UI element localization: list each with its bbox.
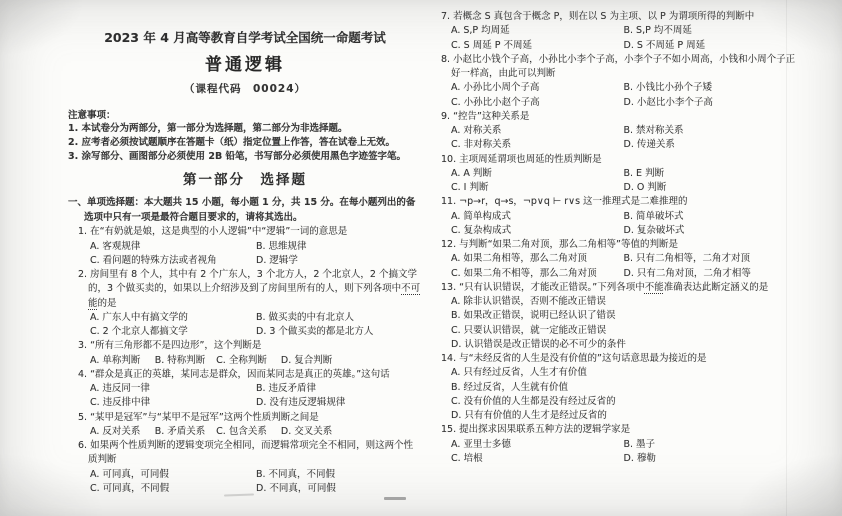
- question-13-option-c: C. 只要认识错误，就一定能改正错误: [451, 324, 796, 338]
- question-1-options: A. 客观规律B. 思维规律C. 看问题的特殊方法或者视角D. 逻辑学: [90, 240, 422, 269]
- question-14-option-d: D. 只有有价值的人生才是经过反省的: [451, 409, 796, 423]
- question-14-stem: 14. 与“未经反省的人生是没有价值的”这句话意思最为接近的是: [434, 352, 796, 366]
- part-one-heading: 第一部分 选择题: [68, 172, 422, 189]
- question-11-option-a: A. 简单构成式: [451, 210, 624, 224]
- question-4-option-a: A. 违反同一律: [90, 382, 256, 396]
- question-3-option-b: B. 特称判断: [155, 354, 216, 368]
- notice-heading: 注意事项：: [68, 109, 422, 122]
- question-1-option-b: B. 思维规律: [256, 240, 422, 254]
- question-5: 5. “某甲是冠军”与“某甲不是冠军”这两个性质判断之间是A. 反对关系B. 矛…: [68, 411, 422, 440]
- question-12-option-b: B. 只有二角相等，二角才对顶: [624, 252, 797, 266]
- question-1-option-a: A. 客观规律: [90, 240, 256, 254]
- question-11-option-c: C. 复杂构成式: [451, 224, 624, 238]
- scan-fold-line: [786, 0, 787, 516]
- column-right-questions: 7. 若概念 S 真包含于概念 P，则在以 S 为主项、以 P 为谓项所得的判断…: [434, 10, 796, 466]
- question-12-stem: 12. 与判断“如果二角对顶，那么二角相等”等值的判断是: [434, 238, 796, 252]
- column-left: 2023 年 4 月高等教育自学考试全国统一命题考试 普通逻辑 （课程代码 00…: [68, 18, 422, 496]
- question-13-option-d: D. 认识错误是改正错误的必不可少的条件: [451, 338, 796, 352]
- notice-item-2: 2. 应考者必须按试题顺序在答题卡（纸）指定位置上作答，答在试卷上无效。: [68, 136, 422, 150]
- question-4-option-d: D. 没有违反逻辑规律: [256, 396, 422, 410]
- question-10-option-d: D. O 判断: [624, 181, 797, 195]
- question-9-option-c: C. 非对称关系: [451, 138, 624, 152]
- question-9: 9. “控告”这种关系是A. 对称关系B. 禁对称关系C. 非对称关系D. 传递…: [434, 110, 796, 153]
- emphasized-text: 不能: [645, 282, 664, 293]
- question-12-option-d: D. 只有二角对顶，二角才相等: [624, 267, 797, 281]
- question-14-options: A. 只有经过反省，人生才有价值B. 经过反省，人生就有价值C. 没有价值的人生…: [451, 366, 796, 423]
- question-8-option-a: A. 小孙比小周个子高: [451, 81, 624, 95]
- question-8: 8. 小赵比小钱个子高，小孙比小李个子高，小李个子不如小周高，小钱和小周个子正好…: [434, 53, 796, 110]
- question-9-stem: 9. “控告”这种关系是: [434, 110, 796, 124]
- question-2-option-d: D. 3 个做买卖的都是北方人: [256, 325, 422, 339]
- question-6-stem: 6. 如果两个性质判断的逻辑变项完全相同，而逻辑常项完全不相同，则这两个性质判断: [68, 439, 422, 468]
- question-4-option-b: B. 违反矛盾律: [256, 382, 422, 396]
- question-12-option-a: A. 如果二角相等，那么二角对顶: [451, 252, 624, 266]
- question-4-options: A. 违反同一律B. 违反矛盾律C. 违反排中律D. 没有违反逻辑规律: [90, 382, 422, 411]
- question-1-option-c: C. 看问题的特殊方法或者视角: [90, 254, 256, 268]
- question-9-options: A. 对称关系B. 禁对称关系C. 非对称关系D. 传递关系: [451, 124, 796, 153]
- exam-subject: 普通逻辑: [68, 54, 422, 76]
- question-6-option-d: D. 不同真，可同假: [256, 482, 422, 496]
- question-7-stem: 7. 若概念 S 真包含于概念 P，则在以 S 为主项、以 P 为谓项所得的判断…: [434, 10, 796, 24]
- question-15-option-c: C. 培根: [451, 452, 624, 466]
- question-2-option-c: C. 2 个北京人都搞文学: [90, 325, 256, 339]
- question-3-option-c: C. 全称判断: [216, 354, 281, 368]
- question-11: 11. ¬p→r，q→s，¬p∨q ⊢ r∨s 这一推理式是二难推理的A. 简单…: [434, 195, 796, 238]
- notice-item-3: 3. 涂写部分、画图部分必须使用 2B 铅笔，书写部分必须使用黑色字迹签字笔。: [68, 150, 422, 164]
- question-6-option-b: B. 不同真，不同假: [256, 468, 422, 482]
- question-7-option-d: D. S 不周延 P 周延: [624, 39, 797, 53]
- column-right: 7. 若概念 S 真包含于概念 P，则在以 S 为主项、以 P 为谓项所得的判断…: [434, 10, 796, 466]
- question-13: 13. “只有认识错误，才能改正错误。”下列各项中不能准确表达此断定涵义的是A.…: [434, 281, 796, 352]
- question-1-stem: 1. 在“有奶就是娘，这是典型的小人逻辑”中“逻辑”一词的意思是: [68, 225, 422, 239]
- question-6: 6. 如果两个性质判断的逻辑变项完全相同，而逻辑常项完全不相同，则这两个性质判断…: [68, 439, 422, 496]
- question-8-option-d: D. 小赵比小李个子高: [624, 96, 797, 110]
- question-7-options: A. S,P 均周延B. S,P 均不周延C. S 周延 P 不周延D. S 不…: [451, 24, 796, 53]
- question-15-options: A. 亚里士多德B. 墨子C. 培根D. 穆勒: [451, 438, 796, 467]
- question-1: 1. 在“有奶就是娘，这是典型的小人逻辑”中“逻辑”一词的意思是A. 客观规律B…: [68, 225, 422, 268]
- column-left-questions: 1. 在“有奶就是娘，这是典型的小人逻辑”中“逻辑”一词的意思是A. 客观规律B…: [68, 225, 422, 496]
- question-3: 3. “所有三角形都不是四边形”，这个判断是A. 单称判断B. 特称判断C. 全…: [68, 339, 422, 368]
- section-intro: 一、单项选择题：本大题共 15 小题，每小题 1 分，共 15 分。在每小题列出…: [68, 196, 422, 225]
- question-4-option-c: C. 违反排中律: [90, 396, 256, 410]
- question-10-stem: 10. 主项周延谓项也周延的性质判断是: [434, 153, 796, 167]
- question-6-option-a: A. 可同真，可同假: [90, 468, 256, 482]
- question-3-stem: 3. “所有三角形都不是四边形”，这个判断是: [68, 339, 422, 353]
- question-4-stem: 4. “群众是真正的英雄，某同志是群众，因而某同志是真正的英雄。”这句话: [68, 368, 422, 382]
- question-7-option-a: A. S,P 均周延: [451, 24, 624, 38]
- question-5-option-c: C. 包含关系: [216, 425, 281, 439]
- question-9-option-d: D. 传递关系: [624, 138, 797, 152]
- question-14-option-c: C. 没有价值的人生都是没有经过反省的: [451, 395, 796, 409]
- question-8-option-b: B. 小钱比小孙个子矮: [624, 81, 797, 95]
- exam-paper: 2023 年 4 月高等教育自学考试全国统一命题考试 普通逻辑 （课程代码 00…: [0, 0, 842, 516]
- question-2: 2. 房间里有 8 个人，其中有 2 个广东人，3 个北方人，2 个北京人，2 …: [68, 268, 422, 339]
- question-4: 4. “群众是真正的英雄，某同志是群众，因而某同志是真正的英雄。”这句话A. 违…: [68, 368, 422, 411]
- course-code: （课程代码 00024）: [68, 83, 422, 96]
- question-7-option-b: B. S,P 均不周延: [624, 24, 797, 38]
- question-5-option-b: B. 矛盾关系: [155, 425, 216, 439]
- question-14-option-b: B. 经过反省，人生就有价值: [451, 381, 796, 395]
- question-2-option-a: A. 广东人中有搞文学的: [90, 311, 256, 325]
- question-7: 7. 若概念 S 真包含于概念 P，则在以 S 为主项、以 P 为谓项所得的判断…: [434, 10, 796, 53]
- question-8-options: A. 小孙比小周个子高B. 小钱比小孙个子矮C. 小孙比小赵个子高D. 小赵比小…: [451, 81, 796, 110]
- question-12-option-c: C. 如果二角不相等，那么二角对顶: [451, 267, 624, 281]
- question-13-stem: 13. “只有认识错误，才能改正错误。”下列各项中不能准确表达此断定涵义的是: [434, 281, 796, 295]
- scan-artifact: [384, 497, 406, 500]
- question-5-option-d: D. 交叉关系: [281, 425, 422, 439]
- question-14: 14. 与“未经反省的人生是没有价值的”这句话意思最为接近的是A. 只有经过反省…: [434, 352, 796, 423]
- question-15-option-a: A. 亚里士多德: [451, 438, 624, 452]
- question-11-stem: 11. ¬p→r，q→s，¬p∨q ⊢ r∨s 这一推理式是二难推理的: [434, 195, 796, 209]
- question-11-option-b: B. 简单破坏式: [624, 210, 797, 224]
- question-2-options: A. 广东人中有搞文学的B. 做买卖的中有北京人C. 2 个北京人都搞文学D. …: [90, 311, 422, 340]
- question-10-option-c: C. I 判断: [451, 181, 624, 195]
- question-2-stem: 2. 房间里有 8 个人，其中有 2 个广东人，3 个北方人，2 个北京人，2 …: [68, 268, 422, 311]
- question-12: 12. 与判断“如果二角对顶，那么二角相等”等值的判断是A. 如果二角相等，那么…: [434, 238, 796, 281]
- question-10-option-b: B. E 判断: [624, 167, 797, 181]
- question-9-option-b: B. 禁对称关系: [624, 124, 797, 138]
- question-13-options: A. 除非认识错误，否则不能改正错误B. 如果改正错误，说明已经认识了错误C. …: [451, 295, 796, 352]
- exam-title: 2023 年 4 月高等教育自学考试全国统一命题考试: [68, 30, 422, 45]
- notice-item-1: 1. 本试卷分为两部分，第一部分为选择题，第二部分为非选择题。: [68, 122, 422, 136]
- question-15-stem: 15. 提出探求因果联系五种方法的逻辑学家是: [434, 423, 796, 437]
- question-14-option-a: A. 只有经过反省，人生才有价值: [451, 366, 796, 380]
- emphasized-text: 不可能: [88, 283, 420, 308]
- question-3-option-a: A. 单称判断: [90, 354, 155, 368]
- question-8-option-c: C. 小孙比小赵个子高: [451, 96, 624, 110]
- question-11-option-d: D. 复杂破坏式: [624, 224, 797, 238]
- question-15-option-b: B. 墨子: [624, 438, 797, 452]
- question-6-options: A. 可同真，可同假B. 不同真，不同假C. 可同真，不同假D. 不同真，可同假: [90, 468, 422, 497]
- question-5-option-a: A. 反对关系: [90, 425, 155, 439]
- question-10-options: A. A 判断B. E 判断C. I 判断D. O 判断: [451, 167, 796, 196]
- question-8-stem: 8. 小赵比小钱个子高，小孙比小李个子高，小李个子不如小周高，小钱和小周个子正好…: [434, 53, 796, 82]
- question-10: 10. 主项周延谓项也周延的性质判断是A. A 判断B. E 判断C. I 判断…: [434, 153, 796, 196]
- question-7-option-c: C. S 周延 P 不周延: [451, 39, 624, 53]
- question-15: 15. 提出探求因果联系五种方法的逻辑学家是A. 亚里士多德B. 墨子C. 培根…: [434, 423, 796, 466]
- question-2-option-b: B. 做买卖的中有北京人: [256, 311, 422, 325]
- question-12-options: A. 如果二角相等，那么二角对顶B. 只有二角相等，二角才对顶C. 如果二角不相…: [451, 252, 796, 281]
- question-13-option-a: A. 除非认识错误，否则不能改正错误: [451, 295, 796, 309]
- question-9-option-a: A. 对称关系: [451, 124, 624, 138]
- question-1-option-d: D. 逻辑学: [256, 254, 422, 268]
- question-5-options: A. 反对关系B. 矛盾关系C. 包含关系D. 交叉关系: [90, 425, 422, 439]
- question-10-option-a: A. A 判断: [451, 167, 624, 181]
- question-11-options: A. 简单构成式B. 简单破坏式C. 复杂构成式D. 复杂破坏式: [451, 210, 796, 239]
- question-3-options: A. 单称判断B. 特称判断C. 全称判断D. 复合判断: [90, 354, 422, 368]
- question-15-option-d: D. 穆勒: [624, 452, 797, 466]
- question-13-option-b: B. 如果改正错误，说明已经认识了错误: [451, 309, 796, 323]
- question-3-option-d: D. 复合判断: [281, 354, 422, 368]
- question-5-stem: 5. “某甲是冠军”与“某甲不是冠军”这两个性质判断之间是: [68, 411, 422, 425]
- question-6-option-c: C. 可同真，不同假: [90, 482, 256, 496]
